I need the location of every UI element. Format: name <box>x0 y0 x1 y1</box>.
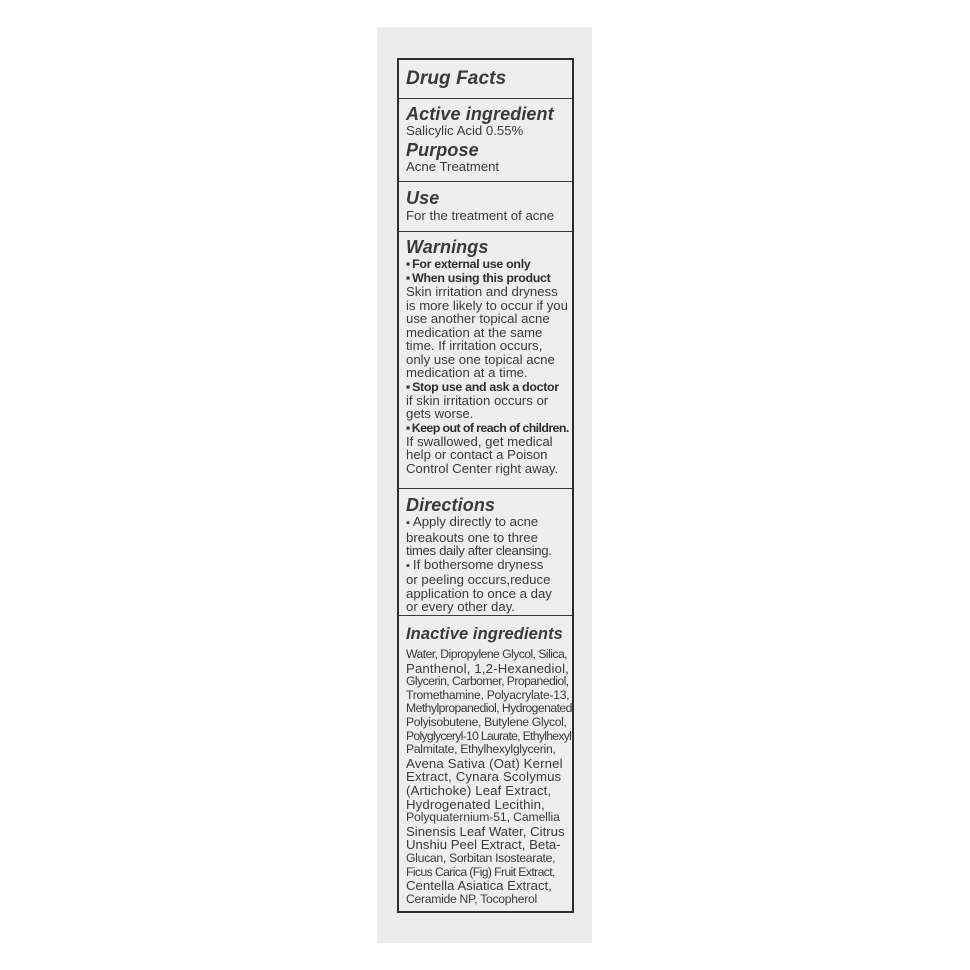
warning-keep-out: Keep out of reach of children. <box>406 421 565 435</box>
inactive-ingredients-line: Polyquaternium-51, Camellia <box>406 811 565 825</box>
warning-text-line: use another topical acne <box>406 312 565 326</box>
drug-facts-title: Drug Facts <box>406 69 565 89</box>
directions-heading: Directions <box>406 495 565 515</box>
directions-line: breakouts one to three <box>406 531 565 545</box>
inactive-ingredients-line: Unshiu Peel Extract, Beta- <box>406 838 565 852</box>
inactive-ingredients-line: Water, Dipropylene Glycol, Silica, <box>406 648 565 662</box>
inactive-ingredients-line: Avena Sativa (Oat) Kernel <box>406 757 565 771</box>
warning-text-line: is more likely to occur if you <box>406 299 565 313</box>
warning-text-line: If swallowed, get medical <box>406 435 565 449</box>
warning-text-line: only use one topical acne <box>406 353 565 367</box>
drug-facts-title-section: Drug Facts <box>399 60 572 99</box>
inactive-ingredients-line: Glycerin, Carbomer, Propanediol, <box>406 675 565 689</box>
purpose-heading: Purpose <box>406 140 565 160</box>
inactive-ingredients-line: Extract, Cynara Scolymus <box>406 770 565 784</box>
warning-text-line: if skin irritation occurs or <box>406 394 565 408</box>
warning-text-line: medication at a time. <box>406 366 565 380</box>
active-ingredient-value: Salicylic Acid 0.55% <box>406 124 565 138</box>
warning-text-line: medication at the same <box>406 326 565 340</box>
warning-text-line: gets worse. <box>406 407 565 421</box>
warning-external-use: For external use only <box>406 257 565 271</box>
inactive-ingredients-line: Centella Asiatica Extract, <box>406 879 565 893</box>
inactive-ingredients-line: (Artichoke) Leaf Extract, <box>406 784 565 798</box>
warning-stop-use: Stop use and ask a doctor <box>406 380 565 394</box>
inactive-ingredients-line: Tromethamine, Polyacrylate-13, <box>406 689 565 703</box>
active-ingredient-heading: Active ingredient <box>406 104 565 124</box>
use-heading: Use <box>406 188 565 208</box>
directions-line: application to once a day <box>406 587 565 601</box>
warning-text-line: Skin irritation and dryness <box>406 285 565 299</box>
warning-text-line: help or contact a Poison <box>406 448 565 462</box>
directions-line: Apply directly to acne <box>406 515 565 531</box>
inactive-ingredients-line: Glucan, Sorbitan Isostearate, <box>406 852 565 866</box>
directions-line: If bothersome dryness <box>406 558 565 574</box>
active-ingredient-section: Active ingredient Salicylic Acid 0.55% P… <box>399 99 572 182</box>
inactive-ingredients-line: Hydrogenated Lecithin, <box>406 798 565 812</box>
use-section: Use For the treatment of acne <box>399 182 572 232</box>
warning-text-line: time. If irritation occurs, <box>406 339 565 353</box>
inactive-ingredients-line: Ficus Carica (Fig) Fruit Extract, <box>406 866 565 880</box>
inactive-ingredients-line: Ceramide NP, Tocopherol <box>406 893 565 907</box>
directions-line: or every other day. <box>406 600 565 614</box>
inactive-ingredients-line: Methylpropanediol, Hydrogenated <box>406 702 565 716</box>
inactive-ingredients-line: Panthenol, 1,2-Hexanediol, <box>406 662 565 676</box>
inactive-ingredients-line: Polyglyceryl-10 Laurate, Ethylhexyl <box>406 730 565 744</box>
inactive-ingredients-line: Polyisobutene, Butylene Glycol, <box>406 716 565 730</box>
warning-text-line: Control Center right away. <box>406 462 565 476</box>
warnings-section: Warnings For external use only When usin… <box>399 232 572 489</box>
inactive-ingredients-line: Palmitate, Ethylhexylglycerin, <box>406 743 565 757</box>
directions-line: times daily after cleansing. <box>406 544 565 558</box>
inactive-ingredients-heading: Inactive ingredients <box>406 624 565 644</box>
warning-when-using: When using this product <box>406 271 565 285</box>
inactive-ingredients-section: Inactive ingredients Water, Dipropylene … <box>399 616 572 911</box>
purpose-value: Acne Treatment <box>406 160 565 174</box>
directions-line: or peeling occurs,reduce <box>406 573 565 587</box>
warnings-heading: Warnings <box>406 237 565 257</box>
directions-section: Directions Apply directly to acne breako… <box>399 489 572 616</box>
drug-facts-box: Drug Facts Active ingredient Salicylic A… <box>397 58 574 913</box>
inactive-ingredients-line: Sinensis Leaf Water, Citrus <box>406 825 565 839</box>
use-value: For the treatment of acne <box>406 209 565 223</box>
